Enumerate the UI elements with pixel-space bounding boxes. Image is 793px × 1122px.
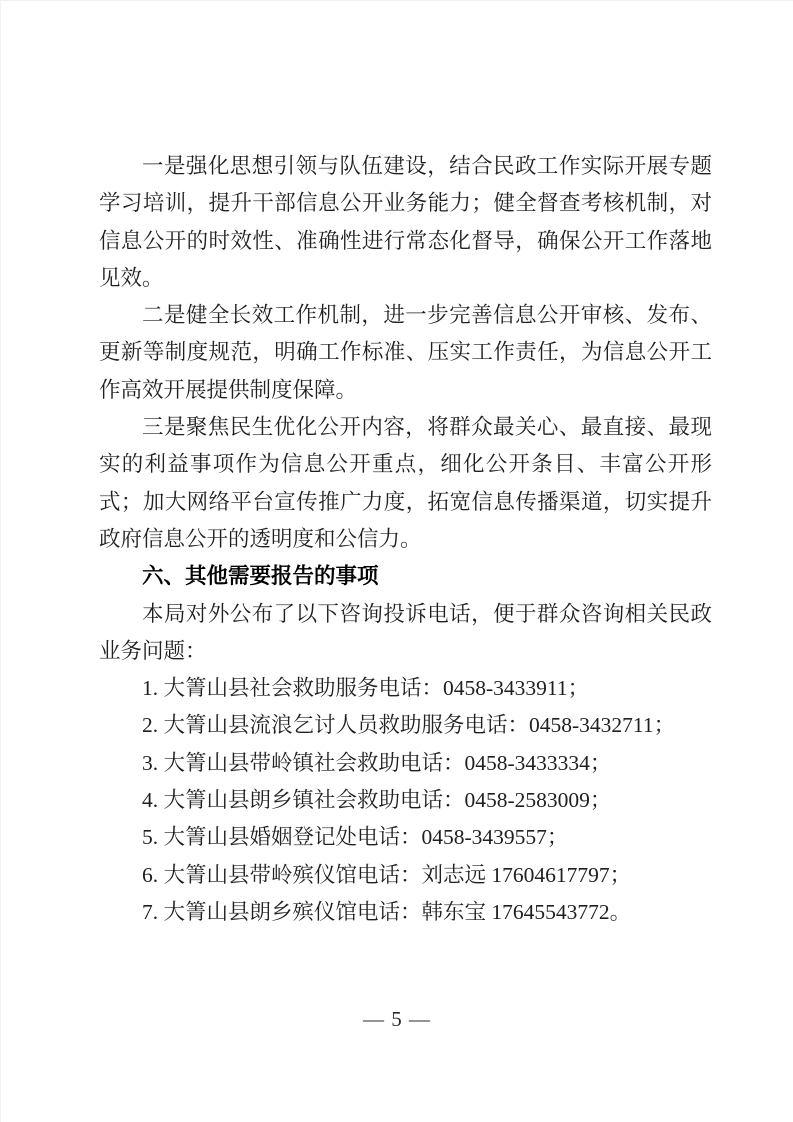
document-page: 一是强化思想引领与队伍建设，结合民政工作实际开展专题学习培训，提升干部信息公开业…	[0, 0, 793, 1122]
hotline-item-6: 6. 大箐山县带岭殡仪馆电话：刘志远 17604617797；	[99, 857, 712, 894]
page-number: — 5 —	[1, 1006, 793, 1032]
hotline-item-1: 1. 大箐山县社会救助服务电话：0458-3433911；	[99, 670, 712, 707]
paragraph-measure-3: 三是聚焦民生优化公开内容，将群众最关心、最直接、最现实的利益事项作为信息公开重点…	[99, 409, 712, 558]
hotline-item-3: 3. 大箐山县带岭镇社会救助电话：0458-3433334；	[99, 745, 712, 782]
paragraph-measure-1: 一是强化思想引领与队伍建设，结合民政工作实际开展专题学习培训，提升干部信息公开业…	[99, 148, 712, 297]
paragraph-hotline-intro: 本局对外公布了以下咨询投诉电话，便于群众咨询相关民政业务问题：	[99, 596, 712, 671]
hotline-item-4: 4. 大箐山县朗乡镇社会救助电话：0458-2583009；	[99, 782, 712, 819]
section-heading-other-items: 六、其他需要报告的事项	[99, 558, 712, 595]
hotline-item-7: 7. 大箐山县朗乡殡仪馆电话：韩东宝 17645543772。	[99, 894, 712, 931]
paragraph-measure-2: 二是健全长效工作机制，进一步完善信息公开审核、发布、更新等制度规范，明确工作标准…	[99, 297, 712, 409]
hotline-item-2: 2. 大箐山县流浪乞讨人员救助服务电话：0458-3432711；	[99, 707, 712, 744]
hotline-item-5: 5. 大箐山县婚姻登记处电话：0458-3439557；	[99, 819, 712, 856]
document-body: 一是强化思想引领与队伍建设，结合民政工作实际开展专题学习培训，提升干部信息公开业…	[99, 148, 712, 931]
